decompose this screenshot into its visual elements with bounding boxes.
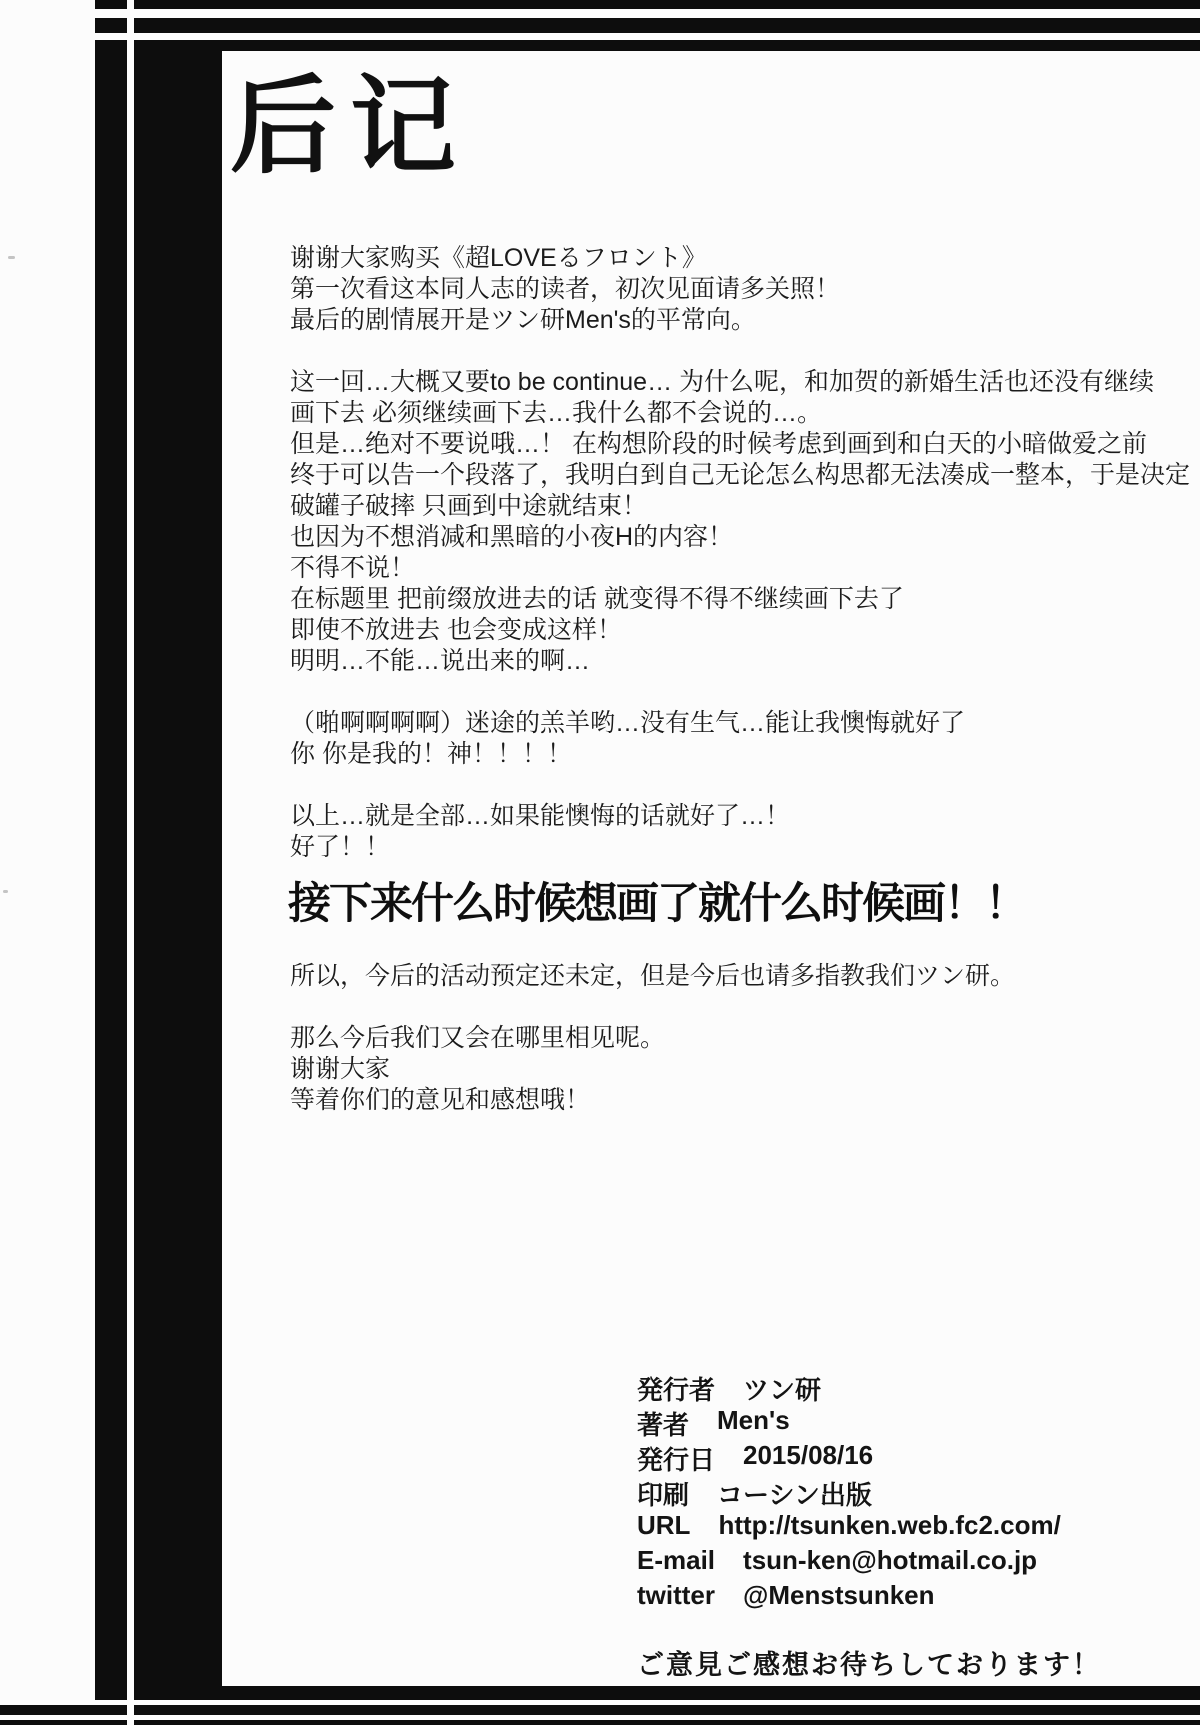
- body-line: 那么今后我们又会在哪里相见呢。: [290, 1018, 1015, 1049]
- colophon-row-date: 発行日 2015/08/16: [637, 1440, 1061, 1475]
- colophon-value: Men's: [717, 1405, 790, 1436]
- body-line: 谢谢大家购买《超LOVEるフロント》: [290, 238, 1190, 269]
- body-line: 不得不说！: [290, 548, 1190, 579]
- frame-bottom-bar-3: [0, 1720, 1200, 1725]
- body-line: 以上…就是全部…如果能懊悔的话就好了…！: [290, 796, 1190, 827]
- colophon-row-twitter: twitter @Menstsunken: [637, 1580, 1061, 1615]
- scan-speck: [8, 256, 15, 259]
- body-line: 所以，今后的活动预定还未定，但是今后也请多指教我们ツン研。: [290, 956, 1015, 987]
- colophon-row-printer: 印刷 コーシン出版: [637, 1475, 1061, 1510]
- frame-top-bar-1: [95, 0, 1200, 9]
- colophon-label: 著者: [637, 1405, 689, 1442]
- frame-bottom-bar-2: [0, 1705, 1200, 1715]
- frame-top-slit: [127, 0, 134, 51]
- body-line-blank: [290, 331, 1190, 362]
- frame-left-outer-bar: [95, 0, 127, 1725]
- colophon-value: ツン研: [743, 1370, 821, 1407]
- body-line: 画下去 必须继续画下去…我什么都不会说的…。: [290, 393, 1190, 424]
- colophon-value: 2015/08/16: [743, 1440, 873, 1471]
- body-line: 但是…绝对不要说哦…！ 在构想阶段的时候考虑到画到和白天的小暗做爱之前: [290, 424, 1190, 455]
- frame-top-bar-2: [95, 18, 1200, 33]
- afterword-closing-paragraphs: 所以，今后的活动预定还未定，但是今后也请多指教我们ツン研。 那么今后我们又会在哪…: [290, 956, 1015, 1111]
- colophon-row-author: 著者 Men's: [637, 1405, 1061, 1440]
- scan-speck: [3, 890, 8, 893]
- colophon-label: URL: [637, 1510, 690, 1541]
- frame-bottom-bar-1: [134, 1686, 1200, 1700]
- page-title: 后记: [230, 42, 470, 194]
- body-line: 这一回…大概又要to be continue… 为什么呢，和加贺的新婚生活也还没…: [290, 362, 1190, 393]
- body-line-blank: [290, 672, 1190, 703]
- colophon-label: 発行日: [637, 1440, 715, 1477]
- colophon-label: 印刷: [637, 1475, 689, 1512]
- body-line: 破罐子破摔 只画到中途就结束！: [290, 486, 1190, 517]
- colophon-row-email: E-mail tsun-ken@hotmail.co.jp: [637, 1545, 1061, 1580]
- colophon-email-value: tsun-ken@hotmail.co.jp: [743, 1545, 1037, 1576]
- body-line: 好了！！: [290, 827, 1190, 858]
- body-line: （啪啊啊啊啊）迷途的羔羊哟…没有生气…能让我懊悔就好了: [290, 703, 1190, 734]
- colophon-label: 発行者: [637, 1370, 715, 1407]
- body-line: 最后的剧情展开是ツン研Men's的平常向。: [290, 300, 1190, 331]
- body-line: 你 你是我的！神！！！！: [290, 734, 1190, 765]
- body-line: 也因为不想消减和黑暗的小夜H的内容！: [290, 517, 1190, 548]
- emphasis-line: 接下来什么时候想画了就什么时候画！！: [288, 870, 1026, 931]
- colophon-value: コーシン出版: [717, 1475, 872, 1512]
- frame-top-gap-2: [0, 33, 1200, 40]
- colophon-twitter-value: @Menstsunken: [743, 1580, 935, 1611]
- colophon-label: E-mail: [637, 1545, 715, 1576]
- afterword-body: 谢谢大家购买《超LOVEるフロント》 第一次看这本同人志的读者，初次见面请多关照…: [290, 238, 1190, 858]
- body-line: 在标题里 把前缀放进去的话 就变得不得不继续画下去了: [290, 579, 1190, 610]
- colophon-label: twitter: [637, 1580, 715, 1611]
- body-line: 等着你们的意见和感想哦！: [290, 1080, 1015, 1111]
- colophon-url-value: http://tsunken.web.fc2.com/: [718, 1510, 1060, 1541]
- body-line-blank: [290, 765, 1190, 796]
- body-line: 谢谢大家: [290, 1049, 1015, 1080]
- body-line-blank: [290, 987, 1015, 1018]
- frame-top-gap-1: [0, 9, 1200, 18]
- body-line: 终于可以告一个段落了，我明白到自己无论怎么构思都无法凑成一整本，于是决定: [290, 455, 1190, 486]
- afterword-page: 后记 谢谢大家购买《超LOVEるフロント》 第一次看这本同人志的读者，初次见面请…: [0, 0, 1200, 1725]
- colophon: 発行者 ツン研 著者 Men's 発行日 2015/08/16 印刷 コーシン出…: [637, 1370, 1061, 1615]
- body-line: 明明…不能…说出来的啊…: [290, 641, 1190, 672]
- frame-left-inner-bar: [134, 0, 222, 1700]
- colophon-row-url: URL http://tsunken.web.fc2.com/: [637, 1510, 1061, 1545]
- colophon-row-publisher: 発行者 ツン研: [637, 1370, 1061, 1405]
- body-line: 第一次看这本同人志的读者，初次见面请多关照！: [290, 269, 1190, 300]
- body-line: 即使不放进去 也会变成这样！: [290, 610, 1190, 641]
- frame-bottom-slit: [127, 1686, 134, 1725]
- feedback-request-line: ご意見ご感想お待ちしております！: [637, 1643, 1101, 1682]
